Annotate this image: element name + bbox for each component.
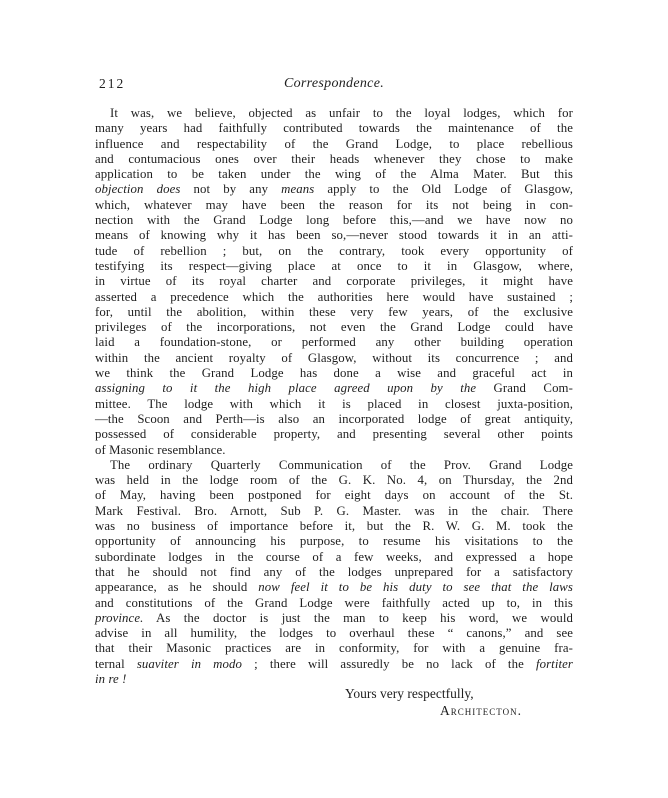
italic-text-segment: now feel it to be his duty to see that t…	[258, 580, 573, 594]
italic-text-segment: in re !	[95, 672, 127, 686]
book-page: 212 Correspondence. It was, we believe, …	[0, 0, 668, 798]
text-line: It was, we believe, objected as unfair t…	[95, 106, 573, 121]
text-segment: of Masonic resemblance.	[95, 443, 226, 457]
text-line: which, whatever may have been the reason…	[95, 198, 573, 213]
text-segment: It was, we believe, objected as unfair t…	[110, 106, 573, 120]
text-segment: laid a foundation-stone, or performed an…	[95, 335, 573, 349]
text-line: was held in the lodge room of the G. K. …	[95, 473, 573, 488]
signature: Architecton.	[440, 703, 522, 719]
text-segment: and constitutions of the Grand Lodge wer…	[95, 596, 573, 610]
text-segment: asserted a precedence which the authorit…	[95, 290, 573, 304]
text-line: possessed of considerable property, and …	[95, 427, 573, 442]
text-line: in virtue of its royal charter and corpo…	[95, 274, 573, 289]
text-segment: application to be taken under the wing o…	[95, 167, 573, 181]
text-line: privileges of the incorporations, not ev…	[95, 320, 573, 335]
italic-text-segment: province.	[95, 611, 143, 625]
paragraph: The ordinary Quarterly Communication of …	[95, 458, 573, 687]
text-line: subordinate lodges in the course of a fe…	[95, 550, 573, 565]
text-line: and contumacious ones over their heads w…	[95, 152, 573, 167]
text-segment: As the doctor is just the man to keep hi…	[143, 611, 573, 625]
text-line: ternal suaviter in modo ; there will ass…	[95, 657, 573, 672]
text-segment: and contumacious ones over their heads w…	[95, 152, 573, 166]
text-line: application to be taken under the wing o…	[95, 167, 573, 182]
text-line: The ordinary Quarterly Communication of …	[95, 458, 573, 473]
text-segment: many years had faithfully contributed to…	[95, 121, 573, 135]
text-segment: was no business of importance before it,…	[95, 519, 573, 533]
text-segment: subordinate lodges in the course of a fe…	[95, 550, 573, 564]
page-header: 212 Correspondence.	[95, 76, 573, 94]
text-segment: The ordinary Quarterly Communication of …	[110, 458, 573, 472]
text-line: and constitutions of the Grand Lodge wer…	[95, 596, 573, 611]
text-line: objection does not by any means apply to…	[95, 182, 573, 197]
text-segment: tude of rebellion ; but, on the contrary…	[95, 244, 573, 258]
paragraph: It was, we believe, objected as unfair t…	[95, 106, 573, 458]
text-line: influence and respectability of the Gran…	[95, 137, 573, 152]
text-segment: of May, having been postponed for eight …	[95, 488, 573, 502]
text-segment: advise in all humility, the lodges to ov…	[95, 626, 573, 640]
text-line: —the Scoon and Perth—is also an incorpor…	[95, 412, 573, 427]
italic-text-segment: means	[281, 182, 314, 196]
running-title: Correspondence.	[95, 76, 573, 92]
text-line: many years had faithfully contributed to…	[95, 121, 573, 136]
text-segment: which, whatever may have been the reason…	[95, 198, 573, 212]
text-segment: mittee. The lodge with which it is place…	[95, 397, 573, 411]
text-line: within the ancient royalty of Glasgow, w…	[95, 351, 573, 366]
text-line: appearance, as he should now feel it to …	[95, 580, 573, 595]
text-line: laid a foundation-stone, or performed an…	[95, 335, 573, 350]
text-segment: that he should not find any of the lodge…	[95, 565, 573, 579]
text-line: assigning to it the high place agreed up…	[95, 381, 573, 396]
text-segment: means of knowing why it has been so,—nev…	[95, 228, 573, 242]
text-segment: we think the Grand Lodge has done a wise…	[95, 366, 573, 380]
closing-salutation: Yours very respectfully,	[345, 686, 474, 702]
text-line: was no business of importance before it,…	[95, 519, 573, 534]
text-line: that he should not find any of the lodge…	[95, 565, 573, 580]
text-segment: ternal	[95, 657, 137, 671]
text-line: that their Masonic practices are in conf…	[95, 641, 573, 656]
text-segment: appearance, as he should	[95, 580, 258, 594]
italic-text-segment: assigning to it the high place agreed up…	[95, 381, 476, 395]
italic-text-segment: fortiter	[536, 657, 573, 671]
text-segment: privileges of the incorporations, not ev…	[95, 320, 573, 334]
text-segment: for, until the abolition, within these v…	[95, 305, 573, 319]
text-segment: apply to the Old Lodge of Glasgow,	[314, 182, 573, 196]
italic-text-segment: objection does	[95, 182, 180, 196]
text-segment: Grand Com-	[476, 381, 573, 395]
page-body: It was, we believe, objected as unfair t…	[95, 106, 573, 687]
text-line: we think the Grand Lodge has done a wise…	[95, 366, 573, 381]
text-line: of Masonic resemblance.	[95, 443, 573, 458]
text-segment: ; there will assuredly be no lack of the	[242, 657, 536, 671]
text-line: means of knowing why it has been so,—nev…	[95, 228, 573, 243]
text-line: advise in all humility, the lodges to ov…	[95, 626, 573, 641]
text-segment: was held in the lodge room of the G. K. …	[95, 473, 573, 487]
text-segment: in virtue of its royal charter and corpo…	[95, 274, 573, 288]
text-line: mittee. The lodge with which it is place…	[95, 397, 573, 412]
text-line: in re !	[95, 672, 573, 687]
italic-text-segment: suaviter in modo	[137, 657, 242, 671]
text-segment: possessed of considerable property, and …	[95, 427, 573, 441]
text-line: of May, having been postponed for eight …	[95, 488, 573, 503]
text-line: tude of rebellion ; but, on the contrary…	[95, 244, 573, 259]
text-segment: nection with the Grand Lodge long before…	[95, 213, 573, 227]
text-segment: within the ancient royalty of Glasgow, w…	[95, 351, 573, 365]
text-segment: that their Masonic practices are in conf…	[95, 641, 573, 655]
text-line: nection with the Grand Lodge long before…	[95, 213, 573, 228]
text-line: asserted a precedence which the authorit…	[95, 290, 573, 305]
text-line: testifying its respect—giving place at o…	[95, 259, 573, 274]
text-line: Mark Festival. Bro. Arnott, Sub P. G. Ma…	[95, 504, 573, 519]
text-line: for, until the abolition, within these v…	[95, 305, 573, 320]
text-line: opportunity of announcing his purpose, t…	[95, 534, 573, 549]
text-segment: not by any	[180, 182, 281, 196]
text-segment: opportunity of announcing his purpose, t…	[95, 534, 573, 548]
text-segment: testifying its respect—giving place at o…	[95, 259, 573, 273]
text-segment: Mark Festival. Bro. Arnott, Sub P. G. Ma…	[95, 504, 573, 518]
text-line: province. As the doctor is just the man …	[95, 611, 573, 626]
text-segment: —the Scoon and Perth—is also an incorpor…	[95, 412, 573, 426]
text-segment: influence and respectability of the Gran…	[95, 137, 573, 151]
